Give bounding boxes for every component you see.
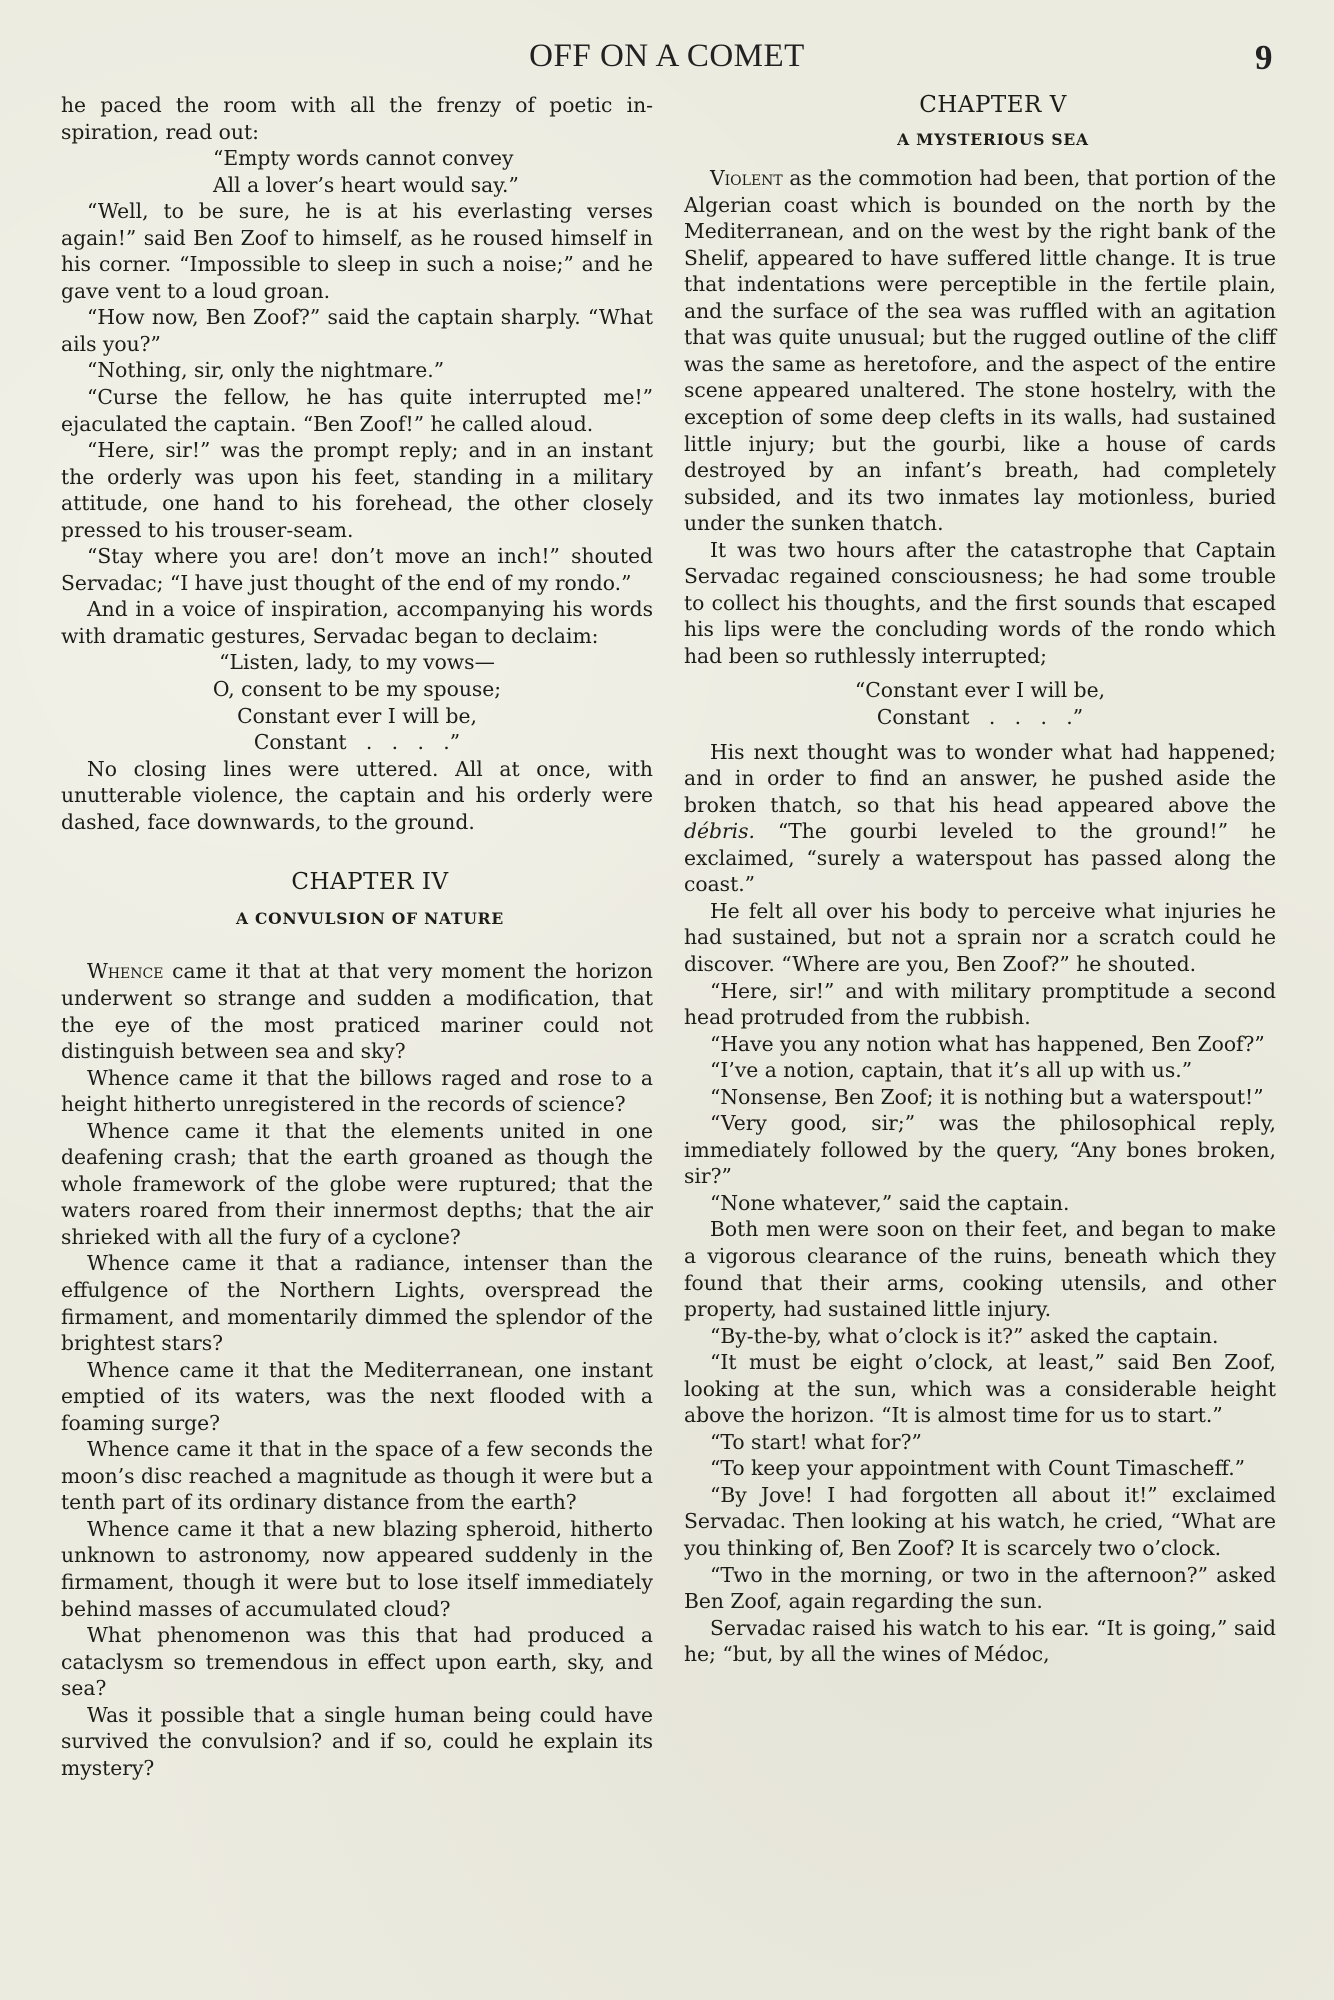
paragraph: “Very good, sir;” was the philosophical … — [684, 1110, 1276, 1190]
paragraph: Both men were soon on their feet, and be… — [684, 1216, 1276, 1322]
paragraph: And in a voice of inspiration, accompany… — [61, 596, 653, 649]
verse-line: “Empty words cannot convey — [213, 145, 653, 172]
paragraph: he paced the room with all the frenzy of… — [61, 92, 653, 145]
paragraph: “Nonsense, Ben Zoof; it is nothing but a… — [684, 1084, 1276, 1111]
page-number: 9 — [1255, 38, 1273, 78]
paragraph: Whence came it that in the space of a fe… — [61, 1436, 653, 1516]
paragraph-text: as the commotion had been, that por­tion… — [684, 166, 1276, 535]
verse-line: Constant ever I will be, — [61, 703, 653, 730]
verse-line: “Listen, lady, to my vows— — [61, 649, 653, 676]
chapter-heading: CHAPTER IV — [61, 869, 653, 896]
chapter-subtitle: A CONVULSION OF NATURE — [61, 906, 653, 933]
paragraph: Whence came it that the billows raged an… — [61, 1065, 653, 1118]
paragraph: “By Jove! I had forgotten all about it!”… — [684, 1482, 1276, 1562]
paragraph: “Here, sir!” and with military promptitu… — [684, 978, 1276, 1031]
verse-block: “Empty words cannot convey All a lover’s… — [61, 145, 653, 198]
verse-line: Constant . . . .” — [684, 704, 1276, 731]
paragraph: Whence came it that a new blazing sphero… — [61, 1516, 653, 1622]
drop-word: Violent — [710, 166, 783, 190]
paragraph-text: “The gourbi leveled to the ground!” he e… — [684, 819, 1276, 896]
paragraph: “Curse the fellow, he has quite interrup… — [61, 384, 653, 437]
paragraph: His next thought was to wonder what had … — [684, 739, 1276, 898]
paragraph: What phenomenon was this that had produc… — [61, 1622, 653, 1702]
paragraph: “It must be eight o’clock, at least,” sa… — [684, 1349, 1276, 1429]
paragraph: Was it possible that a single human bein… — [61, 1702, 653, 1782]
paragraph: “To start! what for?” — [684, 1429, 1276, 1456]
paragraph: “Here, sir!” was the prompt reply; and i… — [61, 437, 653, 543]
paragraph: It was two hours after the catastrophe t… — [684, 537, 1276, 670]
paragraph: Whence came it that the Mediterranean, o… — [61, 1357, 653, 1437]
paragraph: “Nothing, sir, only the nightmare.” — [61, 357, 653, 384]
paragraph: Whence came it that a radiance, intenser… — [61, 1250, 653, 1356]
paragraph: “I’ve a notion, captain, that it’s all u… — [684, 1057, 1276, 1084]
chapter-heading: CHAPTER V — [684, 92, 1276, 119]
paragraph: “Stay where you are! don’t move an inch!… — [61, 543, 653, 596]
verse-block: “Constant ever I will be, Constant . . .… — [684, 677, 1276, 730]
left-column: he paced the room with all the frenzy of… — [61, 92, 653, 1781]
paragraph: “How now, Ben Zoof?” said the captain sh… — [61, 304, 653, 357]
chapter-subtitle: A MYSTERIOUS SEA — [684, 127, 1276, 154]
paragraph-text: His next thought was to wonder what had … — [684, 740, 1276, 817]
running-header: OFF ON A COMET 9 — [0, 38, 1334, 82]
verse-line: O, consent to be my spouse; — [61, 676, 653, 703]
verse-line: “Constant ever I will be, — [684, 677, 1276, 704]
paragraph: Whence came it that at that very moment … — [61, 958, 653, 1064]
paragraph: “To keep your appointment with Count Tim… — [684, 1455, 1276, 1482]
paragraph: He felt all over his body to perceive wh… — [684, 898, 1276, 978]
drop-word: Whence — [87, 959, 163, 983]
paragraph: “By-the-by, what o’clock is it?” asked t… — [684, 1323, 1276, 1350]
right-column: CHAPTER V A MYSTERIOUS SEA Violent as th… — [684, 92, 1276, 1668]
paragraph: Servadac raised his watch to his ear. “I… — [684, 1615, 1276, 1668]
paragraph: “None whatever,” said the captain. — [684, 1190, 1276, 1217]
paragraph: No closing lines were uttered. All at on… — [61, 756, 653, 836]
paragraph: “Have you any notion what has happened, … — [684, 1031, 1276, 1058]
paragraph: Whence came it that the elements united … — [61, 1118, 653, 1251]
paragraph: “Two in the morning, or two in the after… — [684, 1562, 1276, 1615]
paragraph: “Well, to be sure, he is at his everlast… — [61, 198, 653, 304]
verse-line: Constant . . . .” — [61, 729, 653, 756]
verse-line: All a lover’s heart would say.” — [213, 172, 653, 199]
italic-word: débris. — [684, 819, 755, 843]
running-title: OFF ON A COMET — [0, 38, 1334, 75]
verse-block: “Listen, lady, to my vows— O, consent to… — [61, 649, 653, 755]
paragraph: Violent as the commotion had been, that … — [684, 165, 1276, 537]
